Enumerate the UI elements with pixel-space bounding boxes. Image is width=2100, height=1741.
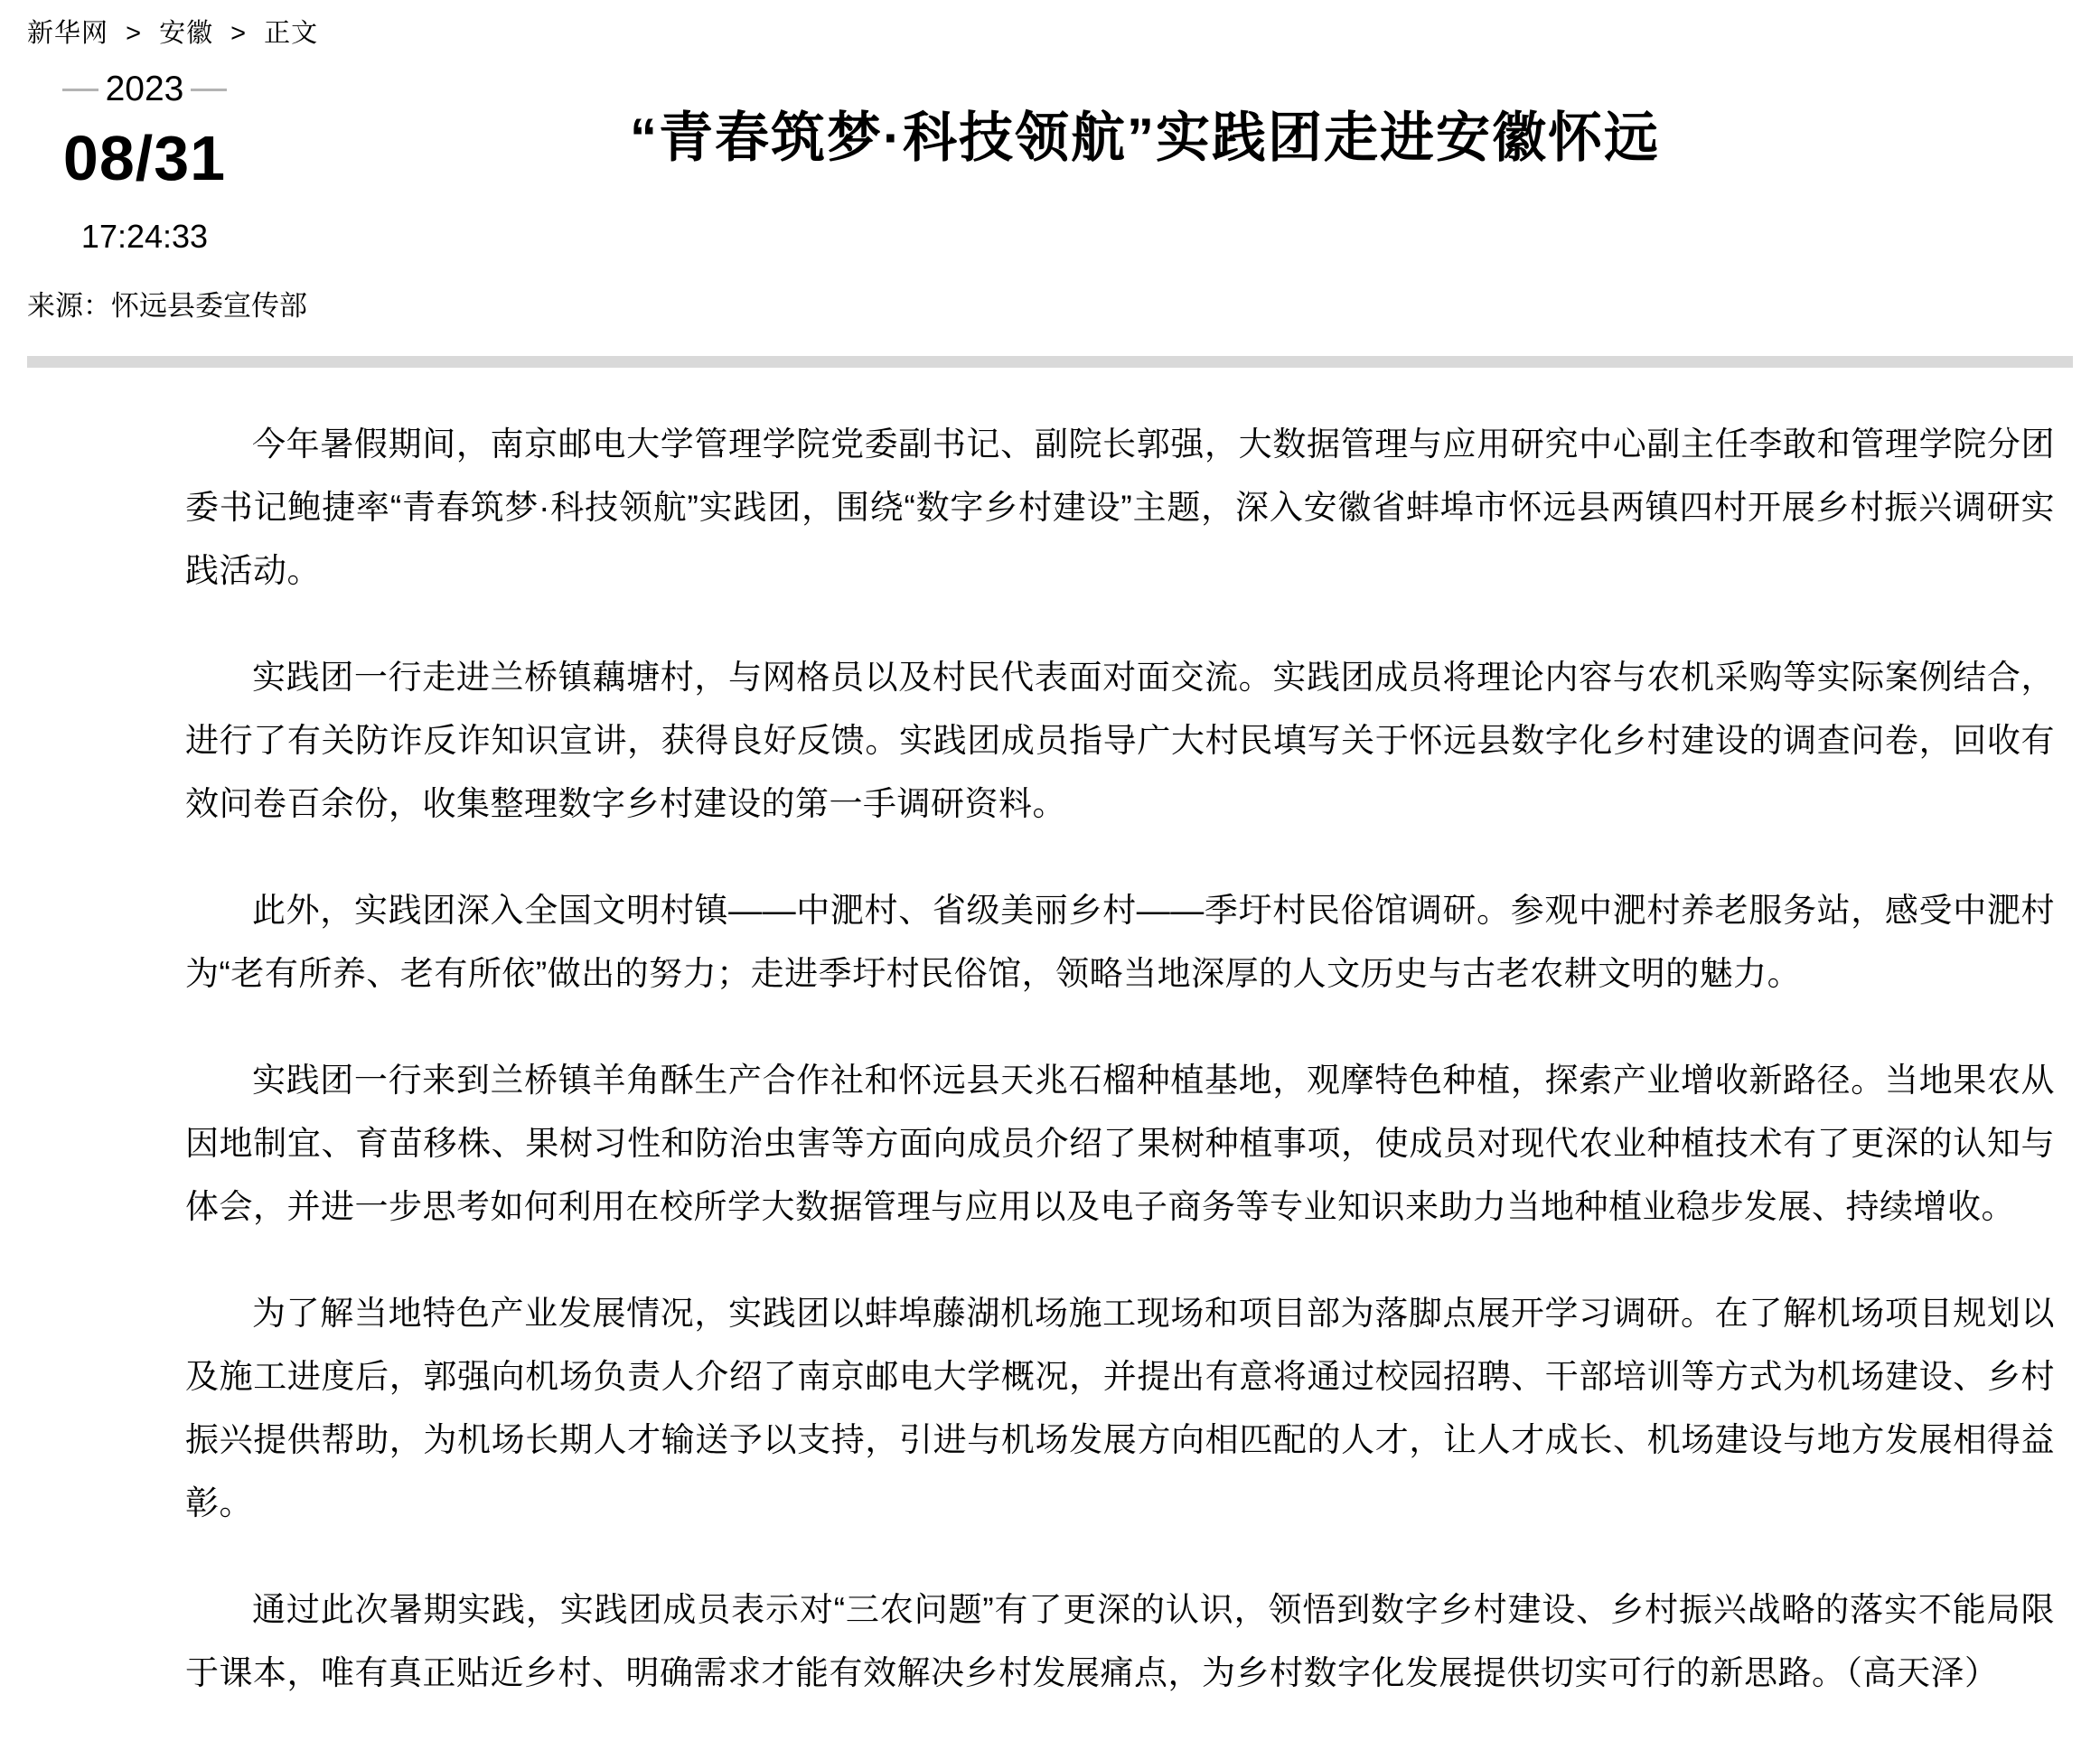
- source-row: 来源：怀远县委宣传部: [27, 283, 244, 323]
- article-paragraph: 今年暑假期间，南京邮电大学管理学院党委副书记、副院长郭强，大数据管理与应用研究中…: [185, 413, 2055, 603]
- breadcrumb: 新华网 > 安徽 > 正文: [0, 0, 2100, 50]
- publish-year: 2023: [98, 70, 192, 109]
- publish-time: 17:24:33: [50, 218, 239, 256]
- article-paragraph: 此外，实践团深入全国文明村镇——中淝村、省级美丽乡村——季圩村民俗馆调研。参观中…: [185, 879, 2055, 1006]
- publish-date: 08/31: [50, 122, 239, 194]
- article-paragraph: 通过此次暑期实践，实践团成员表示对“三农问题”有了更深的认识，领悟到数字乡村建设…: [185, 1578, 2055, 1705]
- year-dash-right: [191, 89, 227, 91]
- breadcrumb-separator: >: [126, 19, 142, 48]
- article-paragraph: 为了解当地特色产业发展情况，实践团以蚌埠藤湖机场施工现场和项目部为落脚点展开学习…: [185, 1282, 2055, 1535]
- date-block: 2023 08/31 17:24:33 来源：怀远县委宣传部: [0, 70, 244, 323]
- article-paragraph: 实践团一行走进兰桥镇藕塘村，与网格员以及村民代表面对面交流。实践团成员将理论内容…: [185, 646, 2055, 836]
- article-paragraph: 实践团一行来到兰桥镇羊角酥生产合作社和怀远县天兆石榴种植基地，观摩特色种植，探索…: [185, 1049, 2055, 1239]
- source-label: 来源：: [27, 290, 111, 322]
- news-article-page: 新华网 > 安徽 > 正文 2023 08/31 17:24:33 来源：怀远县…: [0, 0, 2100, 1741]
- year-dash-left: [62, 89, 98, 91]
- article-header: 2023 08/31 17:24:33 来源：怀远县委宣传部 “青春筑梦·科技领…: [0, 70, 2100, 323]
- publish-year-row: 2023: [50, 70, 239, 109]
- breadcrumb-separator: >: [230, 19, 247, 48]
- page-title: “青春筑梦·科技领航”实践团走进安徽怀远: [630, 106, 1660, 171]
- source-name: 怀远县委宣传部: [111, 290, 307, 322]
- breadcrumb-site-link[interactable]: 新华网: [27, 19, 108, 48]
- header-divider: [27, 356, 2073, 368]
- title-wrap: “青春筑梦·科技领航”实践团走进安徽怀远: [244, 70, 2100, 171]
- breadcrumb-channel-link[interactable]: 安徽: [159, 19, 213, 48]
- article-body: 今年暑假期间，南京邮电大学管理学院党委副书记、副院长郭强，大数据管理与应用研究中…: [0, 368, 2100, 1741]
- breadcrumb-current: 正文: [264, 19, 318, 48]
